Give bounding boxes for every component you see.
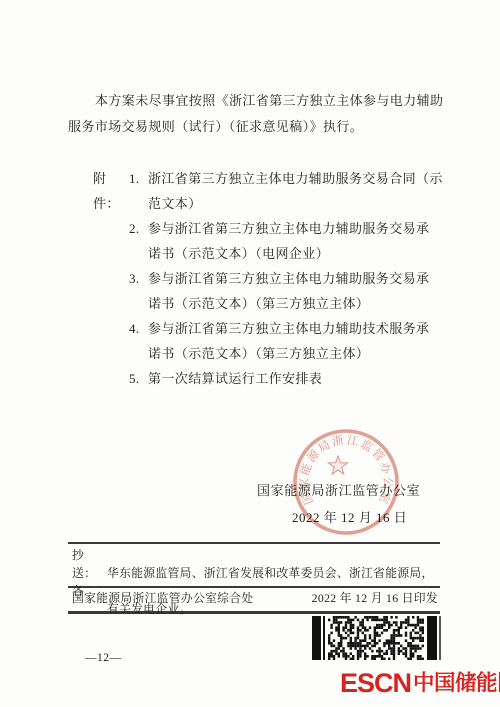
item-text: 参与浙江省第三方独立主体电力辅助服务交易承 — [148, 221, 429, 236]
attachment-item: 5.第一次结算试运行工作安排表 — [129, 366, 445, 391]
item-number: 4. — [129, 316, 148, 341]
signing-org: 国家能源局浙江监管办公室 — [257, 480, 420, 499]
item-text: 范文本） — [148, 191, 445, 216]
printer-line: 国家能源局浙江监管办公室综合处 2022 年 12 月 16 日印发 — [72, 590, 438, 606]
escn-latin-logo: ESCN — [340, 668, 411, 698]
divider — [68, 542, 440, 544]
escn-watermark: ESCN 中国储能网 — [340, 668, 500, 698]
item-text: 参与浙江省第三方独立主体电力辅助服务交易承 — [148, 271, 429, 286]
print-date: 2022 年 12 月 16 日印发 — [312, 590, 438, 606]
attachment-list: 附件： 1.浙江省第三方独立主体电力辅助服务交易合同（示 范文本） 2.参与浙江… — [93, 166, 445, 391]
item-text: 参与浙江省第三方独立主体电力辅助技术服务承 — [148, 321, 429, 336]
attachment-item: 4.参与浙江省第三方独立主体电力辅助技术服务承 诺书（示范文本）（第三方独立主体… — [129, 316, 445, 366]
barcode — [312, 616, 442, 660]
item-number: 5. — [129, 366, 148, 391]
attachment-item: 1.浙江省第三方独立主体电力辅助服务交易合同（示 范文本） — [129, 166, 445, 216]
escn-cn-logo: 中国储能网 — [413, 668, 500, 698]
item-text: 第一次结算试运行工作安排表 — [148, 371, 322, 386]
paragraph-line: 服务市场交易规则（试行）（征求意见稿）》执行。 — [68, 114, 445, 140]
closing-paragraph: 本方案未尽事宜按照《浙江省第三方独立主体参与电力辅助 服务市场交易规则（试行）（… — [68, 88, 445, 139]
document-page: 本方案未尽事宜按照《浙江省第三方独立主体参与电力辅助 服务市场交易规则（试行）（… — [0, 0, 500, 707]
attachment-item: 2.参与浙江省第三方独立主体电力辅助服务交易承 诺书（示范文本）（电网企业） — [129, 216, 445, 266]
cc-block: 抄送：华东能源监管局、浙江省发展和改革委员会、浙江省能源局，各 有关发电企业。 — [72, 546, 444, 618]
item-text: 诺书（示范文本）（第三方独立主体） — [148, 291, 445, 316]
attachment-item: 3.参与浙江省第三方独立主体电力辅助服务交易承 诺书（示范文本）（第三方独立主体… — [129, 266, 445, 316]
item-number: 2. — [129, 216, 148, 241]
attachment-label: 附件： — [93, 166, 129, 391]
seal-star-icon — [328, 456, 347, 474]
item-text: 浙江省第三方独立主体电力辅助服务交易合同（示 — [148, 171, 443, 186]
cc-label: 抄送： — [72, 546, 107, 582]
item-text: 诺书（示范文本）（第三方独立主体） — [148, 341, 445, 366]
item-number: 1. — [129, 166, 148, 191]
paragraph-line: 本方案未尽事宜按照《浙江省第三方独立主体参与电力辅助 — [68, 88, 445, 114]
item-number: 3. — [129, 266, 148, 291]
attachment-items: 1.浙江省第三方独立主体电力辅助服务交易合同（示 范文本） 2.参与浙江省第三方… — [129, 166, 445, 391]
signing-date: 2022 年 12 月 16 日 — [292, 507, 407, 526]
item-text: 诺书（示范文本）（电网企业） — [148, 241, 445, 266]
printer-office: 国家能源局浙江监管办公室综合处 — [72, 590, 253, 606]
page-number: —12— — [85, 652, 122, 664]
